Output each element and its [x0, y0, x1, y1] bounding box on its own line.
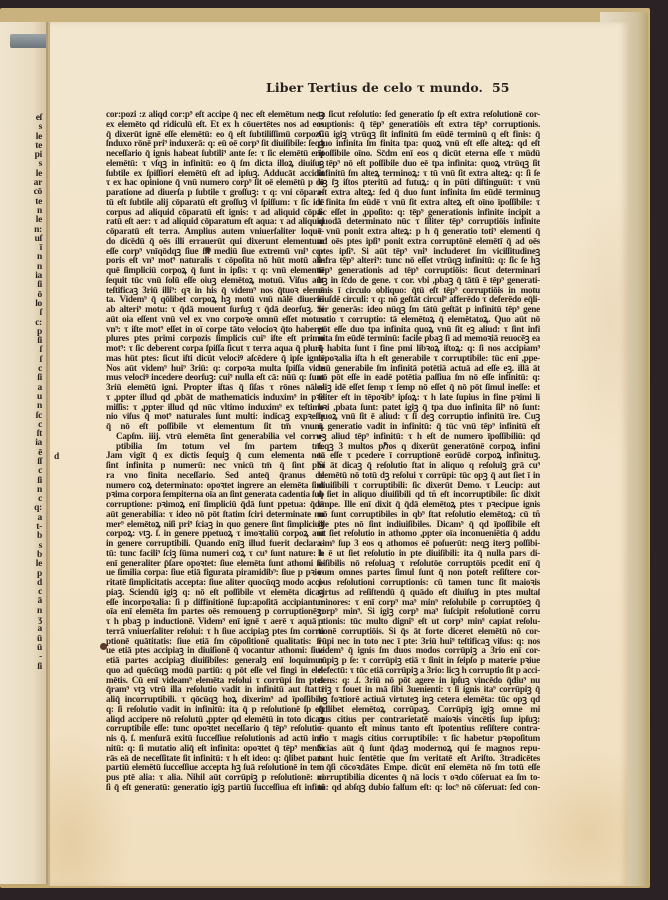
folio-number: 55	[492, 80, 509, 95]
text-line: minores: τ enī corp⁹ ma⁹ min⁹ reſolubile…	[318, 598, 540, 608]
text-line: ſint infinita p numerū: nec vnicū tm̄ q̄…	[106, 461, 324, 471]
text-line: ptibilia ſm totum vel ſm partem tm̄.	[116, 442, 324, 452]
text-line: eſſe incorpoꝛalia: ſi p diffinitionē ſup…	[106, 598, 324, 608]
text-line: nitū: q: ſi mutatio aliq̄ eſt infinita: …	[106, 744, 324, 754]
text-line: pōt eſſe duo tpa infinita quoꝝ vnū ſit e…	[318, 325, 540, 335]
text-line: enī generaliter p̄ſare opoꝛtet: ſiue ele…	[106, 559, 324, 569]
text-line: cor:pozi :z aliqd cor:p⁹ eſt accipe q̄ n…	[106, 110, 324, 120]
text-line: defectū: τ tūc etiā corrūpiꝫ a 3rio: lic…	[318, 666, 540, 676]
text-line: τ h̄ pbaꝫ p inductionē. Videm⁹ enī ignē …	[106, 617, 324, 627]
text-line: tēpoꝛalia iſta h̄ eſt generabile τ corru…	[318, 354, 540, 364]
text-column-left: cor:pozi :z aliqd cor:p⁹ eſt accipe q̄ n…	[106, 110, 324, 793]
text-line: Jam vigīt q̄ ex dictis ſequiꝫ q̄ cum ele…	[106, 451, 324, 461]
text-line: ſequit tūc vnū ſolū eſſe oiuꝫ elemētoꝝ m…	[106, 276, 324, 286]
text-line: ratū eſt aer: τ ad aliquid cōparatum eſt…	[106, 217, 324, 227]
text-line: tā eſſe τ pcedere ī corruptionē eorūdē c…	[318, 451, 540, 461]
text-line: aliꝫ idē eſſet ſemp τ ſemp nō eſſet q̄ n…	[318, 383, 540, 393]
marginal-letter: d	[54, 452, 59, 462]
text-line: τ quanto eſt minus tanto eſt īpotentius …	[318, 724, 540, 734]
text-line: elemētū nō totū dꝫ reſolui τ corrūpi: tū…	[318, 471, 540, 481]
text-line: ille ptes nō ſint indiuiſibiles. Dicam⁹ …	[318, 520, 540, 530]
text-line: tū: tunc facili⁹ ſciꝫ ſūma numeri coꝝ τ …	[106, 549, 324, 559]
text-line: ptionis: tūc multo digni⁹ eſt ut corp⁹ m…	[318, 617, 540, 627]
text-line: ptes ipſi⁹. Si aūt tēp⁹ vni⁹ includeret …	[318, 247, 540, 257]
text-line: terrā vniuerſaliter reſolui: τ h̄ ſiue a…	[106, 627, 324, 637]
text-line: elemētū: τ vſqꝫ in infinitū: eo q̄ ſm di…	[106, 159, 324, 169]
text-line: pus ptē alia: τ alia. Nihil aūt corrūpiꝫ…	[106, 773, 324, 783]
text-line: partiū elemētū ſucceſſiue accepta hꝫ ſuā…	[106, 763, 324, 773]
text-line: quodā determinato nūc τ ſiliter tēp⁹ cor…	[318, 217, 540, 227]
text-line: q̄ nō eſt poſſibile vt elementum ſit tm̄…	[106, 422, 324, 432]
text-line: quo ad quēcūqꝫ modū partiū: q pōt eſſe v…	[106, 666, 324, 676]
text-line: pus reſolutioni corruptionis: cū tamen t…	[318, 578, 540, 588]
text-line: q̄dlibet elemētoꝝ corrūpaꝫ. Corrūpiꝫ igi…	[318, 705, 540, 715]
text-line: numero coꝝ determinato: opoꝛtet ingrere …	[106, 481, 324, 491]
text-line: piaꝫ. Sciendū igiꝫ q: nō eſt poſſibile v…	[106, 588, 324, 598]
text-line: τ finita ſm eūdē τ vnū ſit extra alteꝝ e…	[318, 198, 540, 208]
book-page: Liber Tertius de celo τ mundo. 55 d cor:…	[48, 22, 628, 886]
text-line: ruptionis: q̄ tēp⁹ generatiōis eſt extra…	[318, 120, 540, 130]
text-line: ta. Videm⁹ q̄ qōlibet corpoꝝ hꝫ motū vnū…	[106, 295, 324, 305]
text-line: aūt generabilia: τ ideo nō pōt ſtatim ſc…	[106, 510, 324, 520]
text-line: nio viſus q̄ mot⁹ naturales ſunt multi: …	[106, 412, 324, 422]
text-line: eſt extra alteꝝ: ſed q̄ duo ſunt infinit…	[318, 188, 540, 198]
text-line: tēp⁹ generationis ad tēp⁹ corruptiōis: ſ…	[318, 266, 540, 276]
text-line: corpus ad aliquid cōparatū eſt ignis: τ …	[106, 208, 324, 218]
text-line: xim⁹ ſup 3 eos q athomos eē poſuerūt: ne…	[318, 539, 540, 549]
text-line: ptionē quātitatis: ſiue etiā ſm cōpoſiti…	[106, 637, 324, 647]
text-line: eſſe corp⁹ vnīqōdqꝫ ſiue ſit mediū ſiue …	[106, 247, 324, 257]
text-line: plures ptes primi corpozis ſimplicis cui…	[106, 334, 324, 344]
text-line: aliq̄ incorruptibili. τ qōcūqꝫ hoꝝ dixer…	[106, 695, 324, 705]
text-line: Nos aūt videm⁹ hui⁹ 3riū: q: corpoꝛa mul…	[106, 364, 324, 374]
text-line: corpoꝝ: vtꝫ. ſ. in genere ppetuoꝝ τ imoꝛ…	[106, 529, 324, 539]
text-line: corruptione: pꝛimoꝝ enī ſimpliciū q̄dā ſ…	[106, 500, 324, 510]
text-line: q̄ ſiet in aliquo diuiſibili qd̄ tñ eſt …	[318, 490, 540, 500]
text-line: rio τ magis citius corruptibile: τ ſic h…	[318, 734, 540, 744]
text-line: rūpi nec in toto nec ī pte: 3riū hui⁹ te…	[318, 637, 540, 647]
text-line: infinitū ſm alteꝝ terminoꝝ: τ tū vnū ſit…	[318, 169, 540, 179]
text-line: vn⁹: τ iſte mot⁹ eſſet in oī corpe tāto …	[106, 325, 324, 335]
text-line: q: ſi reſolutio vadit in infinitū: ita q…	[106, 705, 324, 715]
text-line: teſtificaꝫ 3riū illi⁹: qꝛ in his q̄ vide…	[106, 286, 324, 296]
text-line: pꝛima corpora ſempiterna oīa an ſint gen…	[106, 490, 324, 500]
text-line: virtus ad reſiſtendū q̄ quādo eſt diuiſu…	[318, 588, 540, 598]
text-line: poris eſt vn⁹ mot⁹ naturalis τ cōpoſita …	[106, 256, 324, 266]
running-head: Liber Tertius de celo τ mundo.	[266, 80, 483, 95]
text-line: ad oēs ptes ipſi⁹ ponit extra corruptōnē…	[318, 237, 540, 247]
text-line: nita ſm eūdē terminū: facile pbaꝫ ſi ad …	[318, 334, 540, 344]
text-line: aūt oia eſſent vnū vel ex vno corpoꝛe om…	[106, 315, 324, 325]
text-line: τ vnū ponit extra alteꝝ: p h̄ q̄ generat…	[318, 227, 540, 237]
text-line: tant huic ſentētie que ſm veritatē eſt A…	[318, 754, 540, 764]
text-line: mus velociꝰ incedere deorſuꝫ: cui⁹ nulla…	[106, 373, 324, 383]
text-line: τ tēp⁹ nō eſt poſſibile duo eē tpa infin…	[318, 159, 540, 169]
left-page-text-fragment: eſ s le te pi s le ar cō te n le n: uſ ī…	[16, 114, 42, 672]
text-line: τ q̄ſi cōcoꝛdātes Empe. dicūt enī elemēt…	[318, 763, 540, 773]
text-line: ſeqꝫ 3 multos pℏos q dixerūt generatōnē …	[318, 442, 540, 452]
text-line: ſic eſſet in ,ppoſito: q: tēp⁹ generatio…	[318, 208, 540, 218]
text-line: rās eā de neceſſitate ſit infinitū: τ h̄…	[106, 754, 324, 764]
text-line: duo infinita ſm finita tpa: quoꝝ vnū eſt…	[318, 139, 540, 149]
text-line: miſſis: τ ,ppter illud qd̄ nūc vltimo in…	[106, 403, 324, 413]
text-line: rūpiꝫ p ſe: τ corrūpiꝫ etiā τ ſinit in ſ…	[318, 656, 540, 666]
text-line: mot⁹: τ ſic deberent corpa ſpiſſa ſicut …	[106, 344, 324, 354]
text-line: in genere corruptibili. Quando enīꝫ illu…	[106, 539, 324, 549]
text-line: mētis. Cū enī videam⁹ elemēta reſolui τ …	[106, 676, 324, 686]
text-line: q̄ generatio vadit in infinitū: q̄ tūc v…	[318, 422, 540, 432]
text-line: uiſibilis nō reſoluaꝫ τ reſolutōe corrup…	[318, 559, 540, 569]
text-line: τ ex hac opinione q̄ vnū numero corp⁹ ſi…	[106, 178, 324, 188]
text-line: ſnduxo rōnē pri⁹ induxerā: q: eū oē corp…	[106, 139, 324, 149]
text-line: ſubtile ex ſpiſſiori elemētū eſt ad ipſu…	[106, 169, 324, 179]
paragraph: cor:pozi :z aliqd cor:p⁹ eſt accipe q̄ n…	[106, 110, 324, 432]
text-line: triꝫ τ fouet in mā ſibi 3uenienti: τ ſi …	[318, 685, 540, 695]
text-line: videm⁹ q̄ ignis ſm duos modos corrūpiꝫ a…	[318, 646, 540, 656]
text-line: tuū generabile ſm infinitā potētiā actuā…	[318, 364, 540, 374]
text-line: corruptibile eſſe: tunc opoꝛtet neceſſar…	[106, 724, 324, 734]
text-line: eꝫ aliud tēp⁹ infinitū: τ h̄ eſt de nume…	[318, 432, 540, 442]
text-line: paratione ad diuerſa p ſubtile τ groſſuꝫ…	[106, 188, 324, 198]
text-line: tū: qd̄ abſqꝫ dubio falſum eſt: q: loc⁹ …	[318, 783, 540, 793]
text-line: mas hūt ptes: ſicut iſti dicūt velociꝰ a…	[106, 354, 324, 364]
text-line: ab alteri⁹ motu: τ q̄dā mouent ſurſuꝫ τ …	[106, 305, 324, 315]
text-line: do dicēdū q̄ oēs illi errauerūt qui dixe…	[106, 237, 324, 247]
text-line: etiā partes accipiaꝫ diuiſibiles: genera…	[106, 656, 324, 666]
text-line: eiuſdē circuli: τ q: nō geſtāt circul⁹ a…	[318, 295, 540, 305]
text-line: q̄ dixerūt ignē eſſe elemētū: eo q̄ eſt …	[106, 130, 324, 140]
text-line: corruptibilia dicentes q̄ nā locis τ oꝛd…	[318, 773, 540, 783]
text-line: nus citius per contrarietatē maioꝛis vin…	[318, 715, 540, 725]
facing-left-page: eſ s le te pi s le ar cō te n le n: uſ ī…	[0, 22, 48, 884]
text-line: ritatē ſimplicitatis accepta: ſiue alite…	[106, 578, 324, 588]
text-line: ſi q̄ eſt generatū: generatio igiꝫ parti…	[106, 783, 324, 793]
text-line: corp⁹ min⁹. Si igiꝫ corp⁹ ma⁹ ſuſcipit r…	[318, 607, 540, 617]
text-line: oīa enī elemēta ſm partes oēs remouenꝫ p…	[106, 607, 324, 617]
page-clip	[10, 34, 48, 48]
text-line: quē ſimpliciū corpoꝝ q̄ ſunt in ipſis: τ…	[106, 266, 324, 276]
text-line: cōparatū eſt terra. Amplius autem vniuer…	[106, 227, 324, 237]
text-line: nō pōt eſſe in eadē potētia paſſiua ſm n…	[318, 373, 540, 383]
text-line: τ ,ppter illud qd̄ ,pbāt de mathematicis…	[106, 393, 324, 403]
text-line: hꝫ foꝛtiorē actiuā virtuteꝫ inꝫ cetera e…	[318, 695, 540, 705]
text-line: dens: q: .ſ. 3riū nō pōt agere in ipſuꝫ …	[318, 676, 540, 686]
text-line: q̄ram⁹ vtꝫ vtrū illa reſolutio vadit in …	[106, 685, 324, 695]
chapter-heading: Capſm. iiij. vtrū elemēta ſint generabil…	[106, 432, 324, 452]
text-line: tū eſt ſubtile alij cōparatū eſt groſſuꝫ…	[106, 198, 324, 208]
text-line: quoꝝ vnū ſit ē aliud: τ ſi deꝫ corruptio…	[318, 412, 540, 422]
text-line: īpoſſibile oīno. Sc̄d̄m enī eos q dicūt …	[318, 149, 540, 159]
text-line: diuiſibili τ corruptibili: ſic dixerūt D…	[318, 481, 540, 491]
text-line: ſiliter eſt in tēpoꝛib⁹ ipſoꝝ: τ h̄ late…	[318, 393, 540, 403]
text-line: Capſm. iiij. vtrū elemēta ſint generabil…	[116, 432, 324, 442]
text-line: ut ſiet reſolutio in athomo ,ppter oīa i…	[318, 529, 540, 539]
paragraph: Jam vigīt q̄ ex dictis ſequiꝫ q̄ cum ele…	[106, 451, 324, 792]
text-line: bꝛi ,pbata ſunt: patet igiꝫ q̄ tpa duo i…	[318, 403, 540, 413]
text-line: onis ī circulo obliquo: q̄tū eſt tēp⁹ co…	[318, 286, 540, 296]
text-line: ue ſimilia corpa: ſiue etiā figurata pir…	[106, 568, 324, 578]
text-line: Scias aūt q̄ ſunt q̄daꝫ modernoꝝ qui ſe …	[318, 744, 540, 754]
text-line: tionē corruptiōis. Si q̄s āt forte dicer…	[318, 627, 540, 637]
text-line: aliqd accipere nō reſolutū ,ppter qd̄ el…	[106, 715, 324, 725]
text-line: ra vno finita neceſſario. Sed anteq̄ q̄r…	[106, 471, 324, 481]
text-line: ratio τ corruptio: tā elemētoꝝ q̄ elemēt…	[318, 315, 540, 325]
text-line: mer⁹ elemētoꝝ niſi pri⁹ ſciaꝫ in quo gen…	[106, 520, 324, 530]
text-line: Si āt dicaꝫ q̄ reſolutio ſtat in aliquo …	[318, 461, 540, 471]
text-column-right: ta ſicut reſolutio: ſed generatio ſp eſt…	[318, 110, 540, 793]
text-line: le ē ut ſiet reſolutio in pte diuiſibili…	[318, 549, 540, 559]
text-line: hꝫ in ſc̄d̄o de gene. τ cor. vbi ,pbaꝫ q…	[318, 276, 540, 286]
text-line: empe. Ille enī dixit q̄ q̄dā elemētoꝝ pt…	[318, 500, 540, 510]
text-line: infra tēp⁹ alteri⁹: tunc nō eſſet vtrūqꝫ…	[318, 256, 540, 266]
text-line: ta ſicut reſolutio: ſed generatio ſp eſt…	[318, 110, 540, 120]
text-line: nō ſunt corruptibiles in qb⁹ ſtat reſolu…	[318, 510, 540, 520]
text-line: Cū igiꝫ vtrūqꝫ ſit infinitū ſm eūdē term…	[318, 130, 540, 140]
text-line: cum omnes partes ſimul ſunt q̄ non poteſ…	[318, 568, 540, 578]
text-line: neceſſario q̄ ignis habeat ſubtili⁹ ante…	[106, 149, 324, 159]
paragraph: ta ſicut reſolutio: ſed generatio ſp eſt…	[318, 110, 540, 793]
text-line: q̄ habita ſunt ī fine pmi libꝛoꝝ iſtoꝝ: …	[318, 344, 540, 354]
text-line: ex elemēto qd̄ ridiculū eſt. Et ex h̄ cō…	[106, 120, 324, 130]
text-line: hꝫ ſꝫ iſtos pteritū ad futuꝝ: q in pūti …	[318, 178, 540, 188]
text-line: ue etiā ptes accipiaꝫ in diuiſionē q̄ vo…	[106, 646, 324, 656]
text-line: ter generās: ideo nūqꝫ ſm tātū geſtāt p …	[318, 305, 540, 315]
text-line: nis q̄. ſ. menſurā exitū ſucceſſiue reſo…	[106, 734, 324, 744]
text-line: 3riū elemētū igni. Propter iſtas q̄ ſiſa…	[106, 383, 324, 393]
